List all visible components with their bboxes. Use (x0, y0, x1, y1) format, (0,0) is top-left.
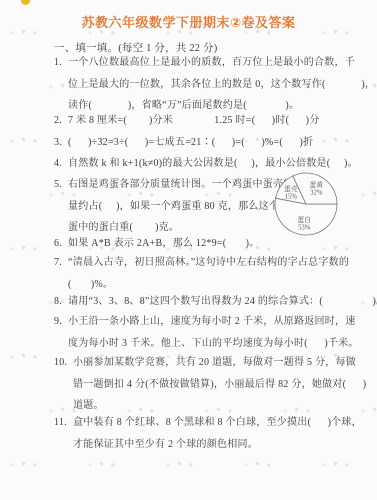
pie-label-蛋壳: 蛋壳15% (284, 184, 298, 201)
watermark-speck (372, 191, 376, 195)
question-number: 2. (54, 110, 62, 132)
question-line: 位上是最大的一位数，其余各位上的数是 0，这个数写作( )， (68, 74, 339, 96)
watermark-speck (21, 137, 25, 141)
question-line: 度为每小时 3 千米。他上、下山的平均速度为每小时( )千米。 (68, 333, 339, 355)
question-line: 小丽参加某数学竞赛，共有 20 道题，每做对一题得 5 分，每做 (73, 352, 339, 374)
question-line: 盒中装有 8 个红球、8 个黑球和 8 个白球，至少摸出( )个球， (73, 412, 339, 434)
exam-page: 苏教六年级数学下册期末②卷及答案 一、填一填。(每空 1 分，共 22 分) 1… (0, 0, 377, 500)
pie-label-蛋白: 蛋白53% (297, 215, 311, 232)
watermark-speck (372, 407, 376, 411)
question-number: 7. (54, 252, 62, 274)
watermark-speck (255, 461, 259, 465)
pie-label-蛋黄: 蛋黄32% (310, 180, 325, 197)
question-number: 9. (54, 311, 62, 333)
watermark-speck (21, 461, 25, 465)
question-number: 1. (54, 52, 62, 74)
question-line: “清晨入古寺，初日照高林。”这句诗中左右结构的字占总字数的 (68, 252, 339, 274)
question-11: 11.盒中装有 8 个红球、8 个黑球和 8 个白球，至少摸出( )个球，才能保… (54, 412, 339, 455)
egg-pie-chart: 蛋白53%蛋壳15%蛋黄32% (272, 168, 344, 240)
question-number: 11. (54, 412, 67, 434)
question-line: 7 米 8 厘米=( )分米 1.25 时=( )时( )分 (68, 110, 339, 132)
question-line: 小王沿一条小路上山，速度为每小时 2 千米，从原路返回时，速 (68, 311, 339, 333)
egg-pie-chart-svg: 蛋白53%蛋壳15%蛋黄32% (272, 168, 344, 240)
question-9: 9.小王沿一条小路上山，速度为每小时 2 千米，从原路返回时，速度为每小时 3 … (54, 311, 339, 354)
watermark-speck (177, 461, 181, 465)
watermark-speck (99, 461, 103, 465)
question-number: 10. (54, 352, 67, 374)
question-7: 7.“清晨入古寺，初日照高林。”这句诗中左右结构的字占总字数的( )%。 (54, 252, 339, 295)
question-1: 1.一个八位数最高位上是最小的质数，百万位上是最小的合数，千位上是最大的一位数，… (54, 52, 339, 117)
question-number: 8. (54, 291, 62, 313)
yellow-dot-decoration (21, 0, 30, 5)
question-2: 2.7 米 8 厘米=( )分米 1.25 时=( )时( )分 (54, 110, 339, 132)
watermark-speck (333, 461, 337, 465)
question-line: 一个八位数最高位上是最小的质数，百万位上是最小的合数，千 (68, 52, 339, 74)
exam-title: 苏教六年级数学下册期末②卷及答案 (0, 12, 377, 31)
watermark-speck (21, 245, 25, 249)
watermark-speck (21, 353, 25, 357)
question-number: 3. (54, 132, 62, 154)
question-line: ( )÷32=3÷( )=七成五=21∶( )=( )%=( )折 (68, 132, 339, 154)
question-line: 才能保证其中至少有 2 个球的颜色相同。 (73, 434, 339, 456)
question-3: 3.( )÷32=3÷( )=七成五=21∶( )=( )%=( )折 (54, 132, 339, 154)
question-8: 8.请用“3、3、8、8”这四个数写出得数为 24 的综合算式：( )。 (54, 291, 339, 313)
question-number: 5. (54, 174, 62, 196)
question-10: 10.小丽参加某数学竞赛，共有 20 道题，每做对一题得 5 分，每做错一题倒扣… (54, 352, 339, 417)
question-line: 请用“3、3、8、8”这四个数写出得数为 24 的综合算式：( )。 (68, 291, 339, 313)
question-number: 4. (54, 153, 62, 175)
question-line: 错一题倒扣 4 分(不做按做错算)，小丽最后得 82 分，她做对( ) (73, 374, 339, 396)
